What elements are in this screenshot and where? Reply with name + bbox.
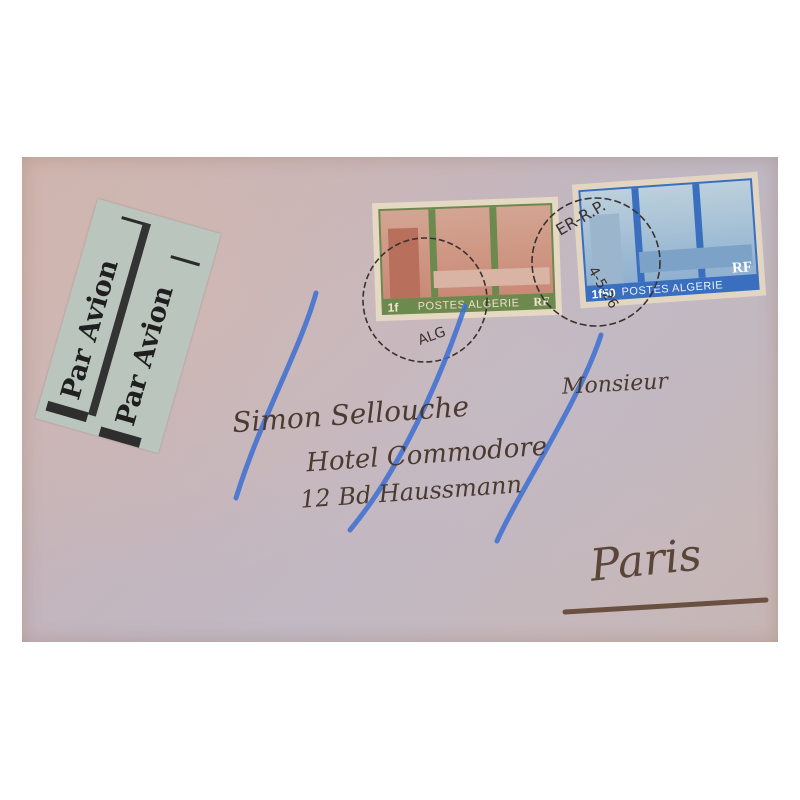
stamp-rf: RF — [533, 294, 550, 310]
cityscape-icon — [433, 267, 549, 289]
label-bracket — [46, 401, 89, 422]
stamp-scene — [580, 180, 756, 286]
tower-icon — [388, 227, 421, 298]
label-bracket — [170, 255, 200, 266]
stamp-rf: RF — [732, 259, 753, 277]
postage-stamp-green: 1f POSTES ALGERIE RF — [372, 197, 562, 321]
postage-stamp-blue: 1f50 POSTES ALGERIE RF — [572, 172, 766, 309]
stamp-scene — [380, 205, 553, 299]
tower-icon — [589, 213, 624, 285]
